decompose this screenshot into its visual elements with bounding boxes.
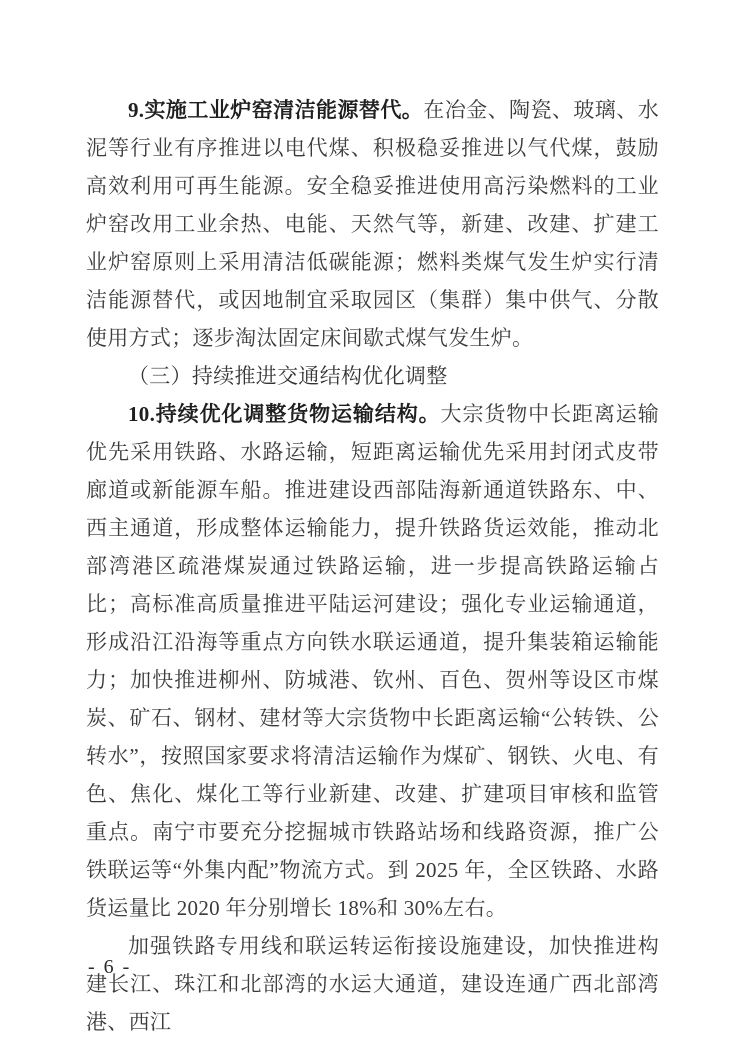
paragraph-continuation: 加强铁路专用线和联运转运衔接设施建设，加快推进构建长江、珠江和北部湾的水运大通道… [86, 927, 659, 1041]
paragraph-item-9-lead: 9.实施工业炉窑清洁能源替代。 [128, 98, 423, 122]
page-number: - 6 - [88, 953, 131, 981]
paragraph-item-9: 9.实施工业炉窑清洁能源替代。在冶金、陶瓷、玻璃、水泥等行业有序推进以电代煤、积… [86, 91, 659, 357]
document-page: 9.实施工业炉窑清洁能源替代。在冶金、陶瓷、玻璃、水泥等行业有序推进以电代煤、积… [0, 0, 744, 1052]
document-body: 9.实施工业炉窑清洁能源替代。在冶金、陶瓷、玻璃、水泥等行业有序推进以电代煤、积… [86, 91, 659, 1041]
section-heading-3: （三）持续推进交通结构优化调整 [86, 357, 659, 395]
paragraph-item-10-text: 大宗货物中长距离运输优先采用铁路、水路运输，短距离运输优先采用封闭式皮带廊道或新… [86, 402, 659, 920]
paragraph-item-10-lead: 10.持续优化调整货物运输结构。 [128, 402, 441, 426]
paragraph-item-10: 10.持续优化调整货物运输结构。大宗货物中长距离运输优先采用铁路、水路运输，短距… [86, 395, 659, 927]
paragraph-item-9-text: 在冶金、陶瓷、玻璃、水泥等行业有序推进以电代煤、积极稳妥推进以气代煤，鼓励高效利… [86, 98, 659, 350]
